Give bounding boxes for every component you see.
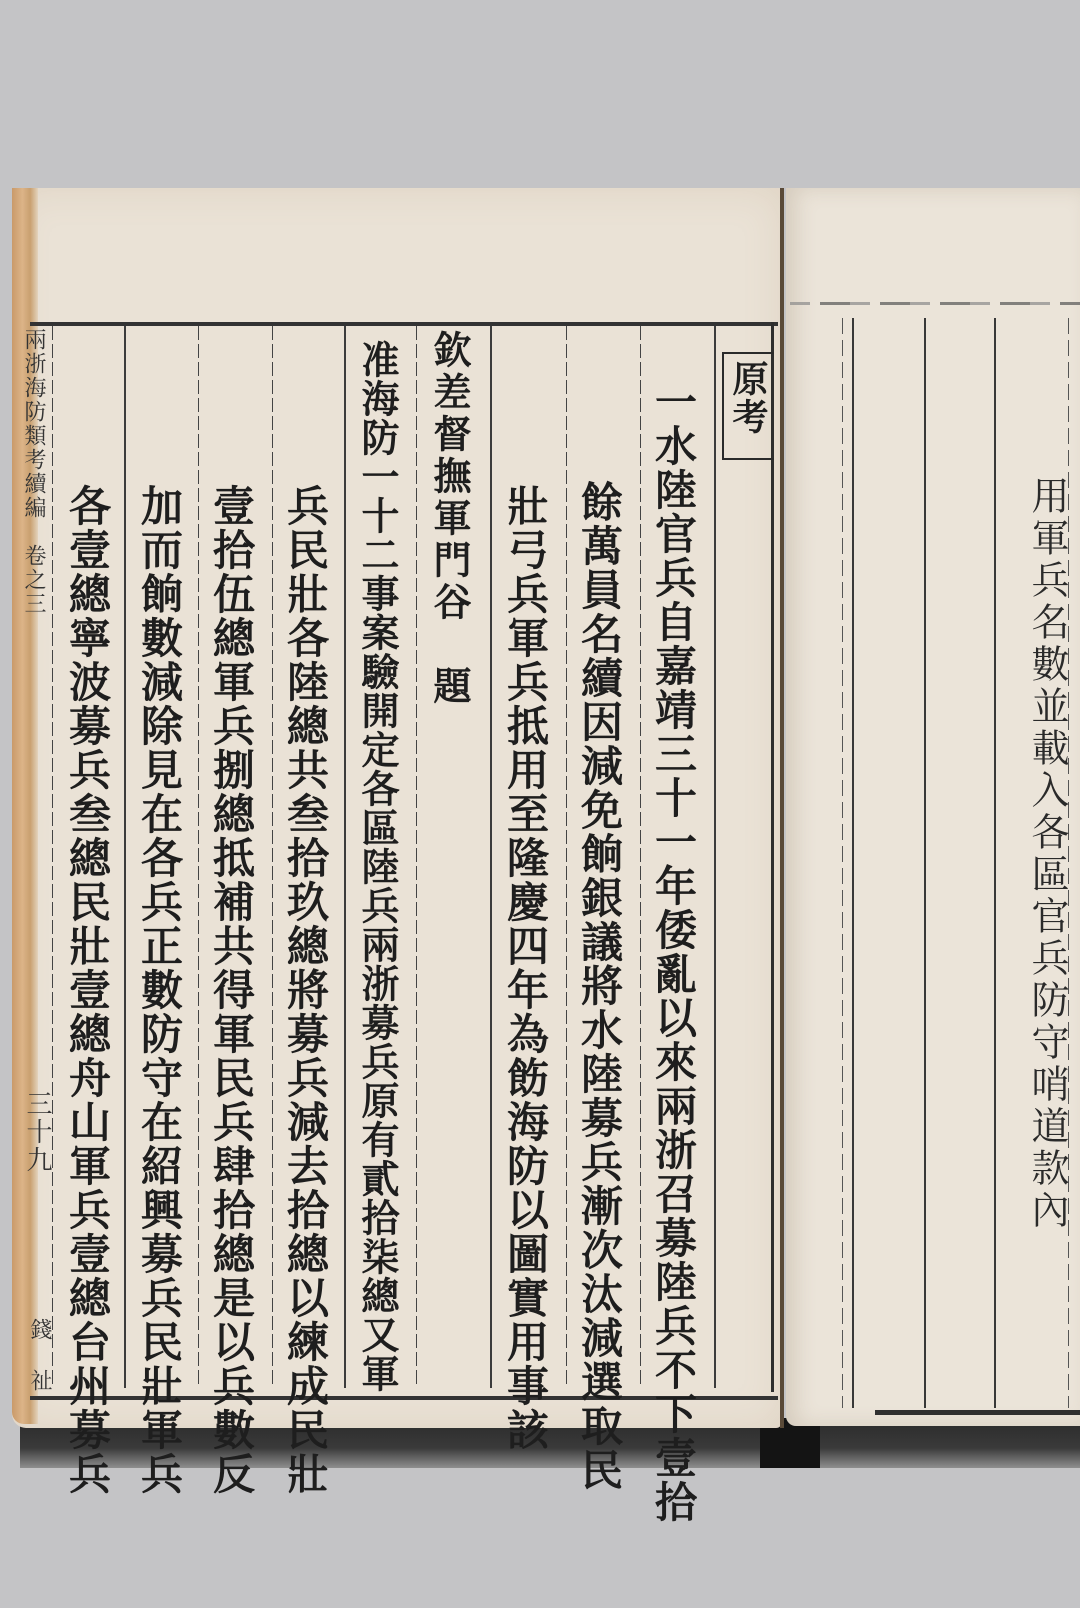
column-rule bbox=[714, 326, 716, 1388]
text-column-3: 壯弓兵軍兵抵用至隆慶四年為飭海防以圖實用事該 bbox=[504, 484, 546, 1452]
section-heading-box: 原考 bbox=[722, 352, 774, 460]
column-rule bbox=[640, 326, 641, 1388]
block-cutter-mark: 錢 祉 bbox=[28, 1318, 50, 1393]
section-heading: 原考 bbox=[724, 354, 766, 436]
column-rule bbox=[272, 326, 273, 1388]
right-column-rule bbox=[924, 318, 926, 1408]
text-column-5: 准海防一十二事案驗開定各區陸兵兩浙募兵原有貳拾柒總又軍 bbox=[358, 340, 396, 1393]
scan-background: 兩浙海防類考續編 卷之三 三十九 錢 祉 原考 一水陸官兵自嘉靖三十一年倭亂以來… bbox=[0, 0, 1080, 1608]
text-column-8: 加而餉數減除見在各兵正數防守在紹興募兵民壯軍兵 bbox=[138, 484, 180, 1496]
right-column-rule bbox=[852, 318, 854, 1408]
column-rule bbox=[198, 326, 199, 1388]
right-column-rule bbox=[994, 318, 996, 1408]
text-column-6: 兵民壯各陸總共叁拾玖總將募兵減去拾總以練成民壯 bbox=[284, 484, 326, 1496]
book-gutter bbox=[780, 188, 784, 1428]
column-rule bbox=[416, 326, 417, 1388]
text-column-1: 一水陸官兵自嘉靖三十一年倭亂以來兩浙召募陸兵不下壹拾 bbox=[652, 380, 694, 1524]
right-column-rule bbox=[842, 318, 843, 1408]
text-column-4: 欽差督撫軍門谷 題 bbox=[430, 330, 468, 708]
right-frame-bottom bbox=[875, 1410, 1080, 1415]
text-column-7: 壹拾伍總軍兵捌總抵補共得軍民兵肆拾總是以兵數反 bbox=[210, 484, 252, 1496]
column-rule bbox=[490, 326, 492, 1388]
frame-right-border bbox=[771, 322, 774, 1392]
column-rule bbox=[124, 326, 126, 1388]
column-rule bbox=[566, 326, 567, 1388]
right-text-column-1: 用軍兵名數並載入各區官兵防守哨道款內 bbox=[1028, 476, 1066, 1232]
text-column-9: 各壹總寧波募兵叁總民壯壹總舟山軍兵壹總台州募兵 bbox=[66, 484, 108, 1496]
spine-title: 兩浙海防類考續編 卷之三 bbox=[22, 328, 44, 616]
column-rule bbox=[344, 326, 346, 1388]
folio-number: 三十九 bbox=[24, 1090, 50, 1174]
text-column-2: 餘萬員名續因減免餉銀議將水陸募兵漸次汰減選取民 bbox=[578, 480, 620, 1492]
right-frame-top bbox=[790, 302, 1080, 305]
column-rule bbox=[52, 326, 53, 1388]
